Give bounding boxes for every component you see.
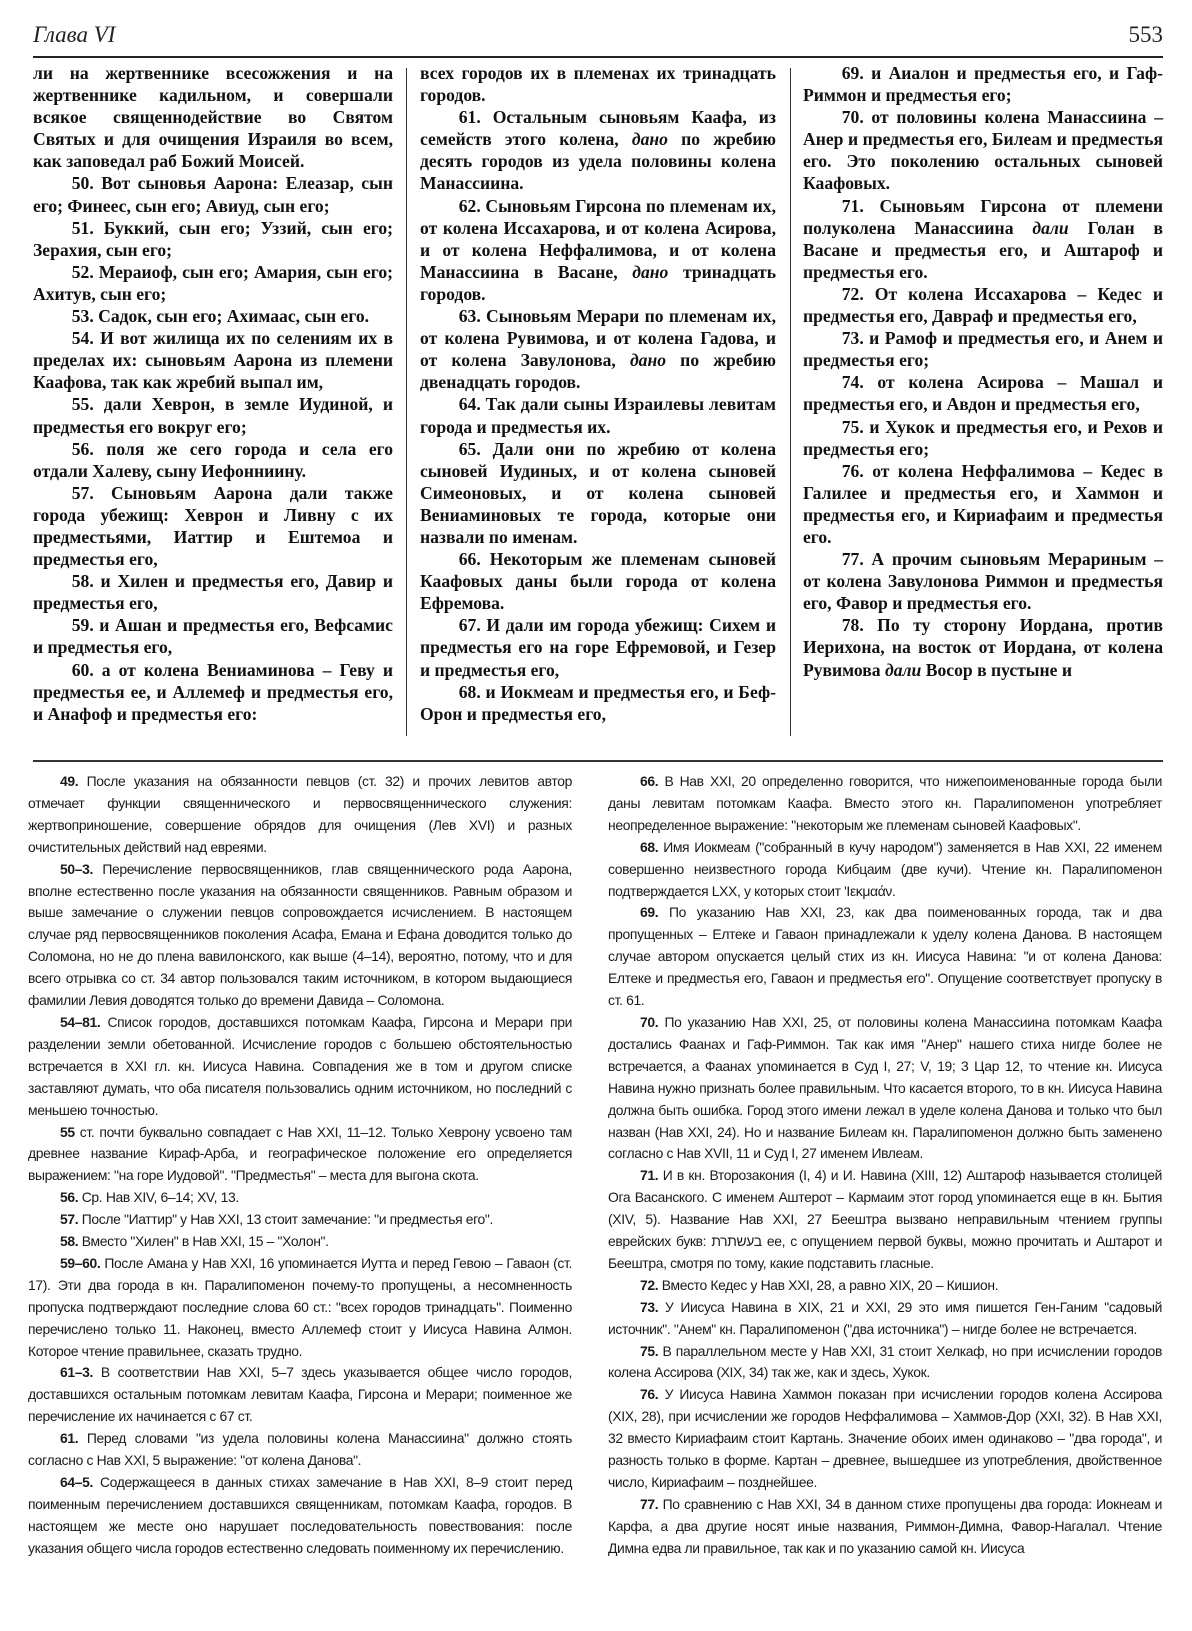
verse-paragraph: 72. От колена Иссахарова – Кедес и предм… bbox=[803, 283, 1163, 327]
verse-paragraph: 64. Так дали сыны Израилевы левитам горо… bbox=[420, 393, 776, 437]
verse-paragraph: 65. Дали они по жребию от колена сыновей… bbox=[420, 438, 776, 548]
footnote-number: 70. bbox=[640, 1014, 658, 1030]
verse-paragraph: 73. и Рамоф и предместья его, и Анем и п… bbox=[803, 327, 1163, 371]
verse-paragraph: 53. Садок, сын его; Ахимаас, сын его. bbox=[33, 305, 393, 327]
verse-paragraph: 70. от половины колена Манассиина – Анер… bbox=[803, 106, 1163, 194]
verse-paragraph: 60. а от колена Вениаминова – Геву и пре… bbox=[33, 659, 393, 725]
verse-paragraph: 75. и Хукок и предместья его, и Рехов и … bbox=[803, 416, 1163, 460]
footnote: 66. В Нав XXI, 20 определенно говорится,… bbox=[608, 771, 1162, 837]
verse-paragraph: 71. Сыновьям Гирсона от племени полуколе… bbox=[803, 195, 1163, 283]
footnote-number: 54–81. bbox=[60, 1014, 100, 1030]
italic-word: дали bbox=[885, 660, 921, 680]
footnote-text: Содержащееся в данных стихах замечание в… bbox=[28, 1474, 572, 1556]
footnote-text: После "Иаттир" у Нав XXI, 13 стоит замеч… bbox=[78, 1211, 493, 1227]
italic-word: дано bbox=[630, 350, 666, 370]
verse-paragraph: 77. А прочим сыновьям Мерариным – от кол… bbox=[803, 548, 1163, 614]
italic-word: дано bbox=[632, 129, 668, 149]
verse-paragraph: 59. и Ашан и предместья его, Вефсамис и … bbox=[33, 614, 393, 658]
footnote: 59–60. После Амана у Нав XXI, 16 упомина… bbox=[28, 1253, 572, 1363]
footnote: 77. По сравнению с Нав XXI, 34 в данном … bbox=[608, 1494, 1162, 1560]
footnote-text: После Амана у Нав XXI, 16 упоминается Иу… bbox=[28, 1255, 572, 1359]
verse-paragraph: 69. и Аиалон и предместья его, и Гаф-Рим… bbox=[803, 62, 1163, 106]
verse-paragraph: 55. дали Хеврон, в земле Иудиной, и пред… bbox=[33, 393, 393, 437]
column-divider bbox=[406, 68, 407, 736]
footnote: 54–81. Список городов, доставшихся потом… bbox=[28, 1012, 572, 1122]
footnote-number: 61–3. bbox=[60, 1364, 93, 1380]
footnote: 61. Перед словами "из удела половины кол… bbox=[28, 1428, 572, 1472]
footnote: 61–3. В соответствии Нав XXI, 5–7 здесь … bbox=[28, 1362, 572, 1428]
footnote-text: В Нав XXI, 20 определенно говорится, что… bbox=[608, 773, 1162, 833]
header-rule bbox=[33, 56, 1163, 58]
footnote-text: Имя Иокмеам ("собранный в кучу народом")… bbox=[608, 839, 1162, 899]
footnote-text: В соответствии Нав XXI, 5–7 здесь указыв… bbox=[28, 1364, 572, 1424]
footnote-number: 66. bbox=[640, 773, 658, 789]
footnote: 49. После указания на обязанности певцов… bbox=[28, 771, 572, 859]
verse-paragraph: 51. Буккий, сын его; Уззий, сын его; Зер… bbox=[33, 217, 393, 261]
footnotes-right: 66. В Нав XXI, 20 определенно говорится,… bbox=[608, 771, 1162, 1560]
footnote-text: По указанию Нав XXI, 23, как два поимено… bbox=[608, 904, 1162, 1008]
footnote-number: 68. bbox=[640, 839, 658, 855]
footnote: 70. По указанию Нав XXI, 25, от половины… bbox=[608, 1012, 1162, 1165]
footnote: 69. По указанию Нав XXI, 23, как два пои… bbox=[608, 902, 1162, 1012]
page-header: Глава VI 553 bbox=[33, 18, 1163, 56]
text-column-3: 69. и Аиалон и предместья его, и Гаф-Рим… bbox=[803, 62, 1163, 681]
footnote: 56. Ср. Нав XIV, 6–14; XV, 13. bbox=[28, 1187, 572, 1209]
footnote-number: 76. bbox=[640, 1386, 658, 1402]
footnote-number: 69. bbox=[640, 904, 658, 920]
footnote-text: По указанию Нав XXI, 25, от половины кол… bbox=[608, 1014, 1162, 1161]
verse-paragraph: 67. И дали им города убежищ: Сихем и пре… bbox=[420, 614, 776, 680]
footnote-number: 56. bbox=[60, 1189, 78, 1205]
footnote-number: 61. bbox=[60, 1430, 78, 1446]
footnote-text: У Иисуса Навина в XIX, 21 и XXI, 29 это … bbox=[608, 1299, 1162, 1337]
verse-paragraph: ли на жертвеннике всесожжения и на жертв… bbox=[33, 62, 393, 172]
chapter-title: Глава VI bbox=[33, 22, 115, 48]
footnote-number: 59–60. bbox=[60, 1255, 100, 1271]
verse-paragraph: 78. По ту сторону Иордана, против Иерихо… bbox=[803, 614, 1163, 680]
footnote-number: 72. bbox=[640, 1277, 658, 1293]
footnote-rule bbox=[33, 760, 1163, 762]
verse-paragraph: 52. Мераиоф, сын его; Амария, сын его; А… bbox=[33, 261, 393, 305]
verse-paragraph: 66. Некоторым же племенам сыновей Каафов… bbox=[420, 548, 776, 614]
footnote: 50–3. Перечисление первосвященников, гла… bbox=[28, 859, 572, 1012]
footnote-number: 49. bbox=[60, 773, 78, 789]
text-column-2: всех городов их в племенах их тринадцать… bbox=[420, 62, 776, 725]
footnote: 73. У Иисуса Навина в XIX, 21 и XXI, 29 … bbox=[608, 1297, 1162, 1341]
footnote-number: 58. bbox=[60, 1233, 78, 1249]
footnotes-left: 49. После указания на обязанности певцов… bbox=[28, 771, 572, 1560]
footnote-number: 57. bbox=[60, 1211, 78, 1227]
text-column-1: ли на жертвеннике всесожжения и на жертв… bbox=[33, 62, 393, 725]
verse-paragraph: 74. от колена Асирова – Машал и предмест… bbox=[803, 371, 1163, 415]
verse-paragraph: 63. Сыновьям Мерари по племенам их, от к… bbox=[420, 305, 776, 393]
footnote: 68. Имя Иокмеам ("собранный в кучу народ… bbox=[608, 837, 1162, 903]
verse-paragraph: 61. Остальным сыновьям Каафа, из семейст… bbox=[420, 106, 776, 194]
footnote: 76. У Иисуса Навина Хаммон показан при и… bbox=[608, 1384, 1162, 1494]
column-divider bbox=[790, 68, 791, 736]
verse-paragraph: 58. и Хилен и предместья его, Давир и пр… bbox=[33, 570, 393, 614]
page-number: 553 bbox=[1129, 22, 1164, 48]
footnote-text: И в кн. Второзакония (I, 4) и И. Навина … bbox=[608, 1167, 1162, 1271]
verse-paragraph: всех городов их в племенах их тринадцать… bbox=[420, 62, 776, 106]
footnote: 58. Вместо "Хилен" в Нав XXI, 15 – "Холо… bbox=[28, 1231, 572, 1253]
footnote-number: 71. bbox=[640, 1167, 658, 1183]
footnote-text: У Иисуса Навина Хаммон показан при исчис… bbox=[608, 1386, 1162, 1490]
footnote-text: Перед словами "из удела половины колена … bbox=[28, 1430, 572, 1468]
footnote-number: 64–5. bbox=[60, 1474, 93, 1490]
footnote-text: Вместо "Хилен" в Нав XXI, 15 – "Холон". bbox=[78, 1233, 328, 1249]
verse-paragraph: 56. поля же сего города и села его отдал… bbox=[33, 438, 393, 482]
verse-paragraph: 62. Сыновьям Гирсона по племенам их, от … bbox=[420, 195, 776, 305]
italic-word: дано bbox=[632, 262, 668, 282]
verse-paragraph: 76. от колена Неффалимова – Кедес в Гали… bbox=[803, 460, 1163, 548]
footnote-number: 75. bbox=[640, 1343, 658, 1359]
footnote-text: Перечисление первосвященников, глав свящ… bbox=[28, 861, 572, 1008]
footnote-text: ст. почти буквально совпадает с Нав XXI,… bbox=[28, 1124, 572, 1184]
footnote-text: По сравнению с Нав XXI, 34 в данном стих… bbox=[608, 1496, 1162, 1556]
footnote-text: Вместо Кедес у Нав XXI, 28, а равно XIX,… bbox=[658, 1277, 998, 1293]
footnote-number: 55 bbox=[60, 1124, 75, 1140]
footnote: 72. Вместо Кедес у Нав XXI, 28, а равно … bbox=[608, 1275, 1162, 1297]
italic-word: дали bbox=[1032, 218, 1068, 238]
verse-paragraph: 57. Сыновьям Аарона дали также города уб… bbox=[33, 482, 393, 570]
footnote: 55 ст. почти буквально совпадает с Нав X… bbox=[28, 1122, 572, 1188]
footnote-number: 50–3. bbox=[60, 861, 93, 877]
verse-paragraph: 68. и Иокмеам и предместья его, и Беф-Ор… bbox=[420, 681, 776, 725]
footnote: 57. После "Иаттир" у Нав XXI, 13 стоит з… bbox=[28, 1209, 572, 1231]
footnote-text: После указания на обязанности певцов (ст… bbox=[28, 773, 572, 855]
footnote-text: В параллельном месте у Нав XXI, 31 стоит… bbox=[608, 1343, 1162, 1381]
footnote-number: 73. bbox=[640, 1299, 658, 1315]
footnote-text: Список городов, доставшихся потомкам Каа… bbox=[28, 1014, 572, 1118]
main-text: ли на жертвеннике всесожжения и на жертв… bbox=[33, 62, 1163, 738]
footnote-text: Ср. Нав XIV, 6–14; XV, 13. bbox=[78, 1189, 239, 1205]
footnote: 75. В параллельном месте у Нав XXI, 31 с… bbox=[608, 1341, 1162, 1385]
verse-paragraph: 50. Вот сыновья Аарона: Елеазар, сын его… bbox=[33, 172, 393, 216]
footnote-number: 77. bbox=[640, 1496, 658, 1512]
footnote: 71. И в кн. Второзакония (I, 4) и И. Нав… bbox=[608, 1165, 1162, 1275]
verse-paragraph: 54. И вот жилища их по селениям их в пре… bbox=[33, 327, 393, 393]
footnote: 64–5. Содержащееся в данных стихах замеч… bbox=[28, 1472, 572, 1560]
